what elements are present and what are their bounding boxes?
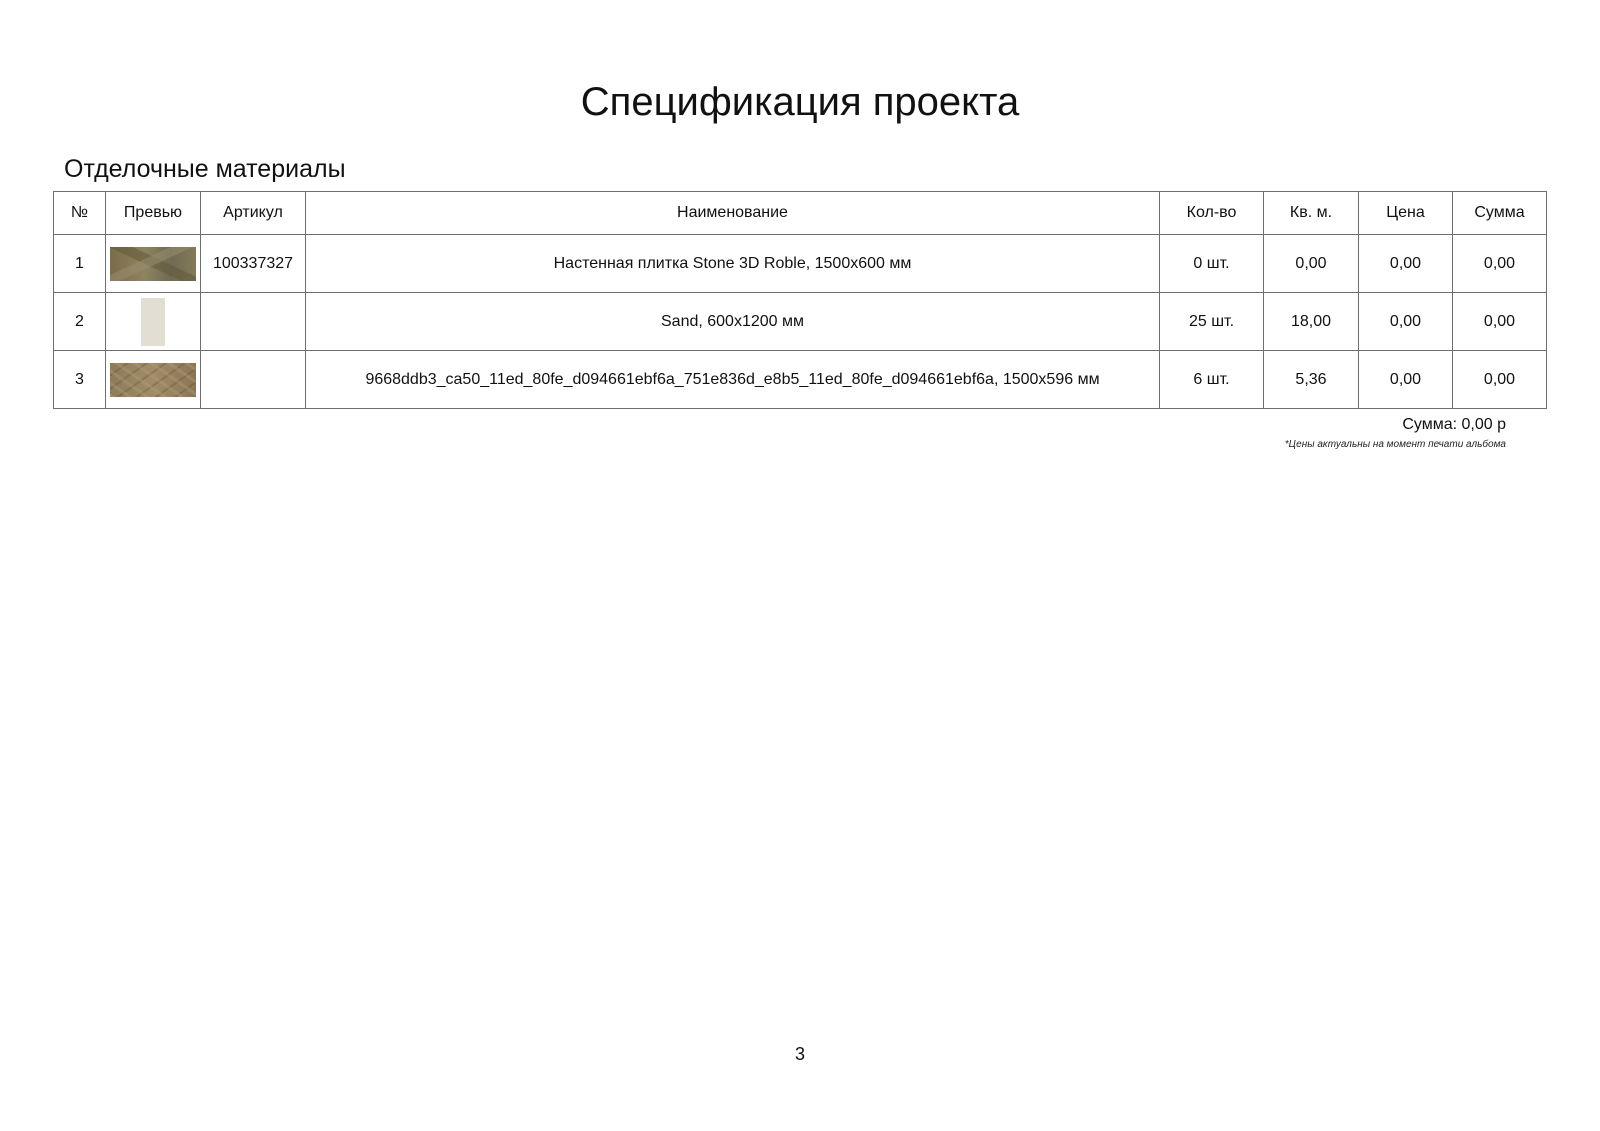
header-price: Цена (1359, 192, 1453, 235)
cell-article: 100337327 (201, 235, 306, 293)
table-row: 3 9668ddb3_ca50_11ed_80fe_d094661ebf6a_7… (54, 351, 1547, 409)
price-note: *Цены актуальны на момент печати альбома (1285, 439, 1506, 450)
cell-price: 0,00 (1359, 235, 1453, 293)
cell-price: 0,00 (1359, 351, 1453, 409)
cell-article (201, 293, 306, 351)
header-qty: Кол-во (1160, 192, 1264, 235)
cell-price: 0,00 (1359, 293, 1453, 351)
cell-sqm: 0,00 (1264, 235, 1359, 293)
total-sum: Сумма: 0,00 р (1402, 416, 1506, 434)
sand-tile-preview-image (141, 298, 165, 346)
header-preview: Превью (106, 192, 201, 235)
cell-sqm: 5,36 (1264, 351, 1359, 409)
header-article: Артикул (201, 192, 306, 235)
cell-name: Настенная плитка Stone 3D Roble, 1500x60… (306, 235, 1160, 293)
cell-name: Sand, 600x1200 мм (306, 293, 1160, 351)
cell-num: 1 (54, 235, 106, 293)
cell-qty: 0 шт. (1160, 235, 1264, 293)
cell-article (201, 351, 306, 409)
table-row: 1 100337327 Настенная плитка Stone 3D Ro… (54, 235, 1547, 293)
table-header-row: № Превью Артикул Наименование Кол-во Кв.… (54, 192, 1547, 235)
cell-num: 3 (54, 351, 106, 409)
cell-sum: 0,00 (1453, 235, 1547, 293)
table-row: 2 Sand, 600x1200 мм 25 шт. 18,00 0,00 0,… (54, 293, 1547, 351)
cell-preview (106, 235, 201, 293)
cell-qty: 6 шт. (1160, 351, 1264, 409)
cell-sqm: 18,00 (1264, 293, 1359, 351)
cell-qty: 25 шт. (1160, 293, 1264, 351)
header-sum: Сумма (1453, 192, 1547, 235)
cell-preview (106, 351, 201, 409)
herringbone-preview-image (110, 363, 196, 397)
cell-num: 2 (54, 293, 106, 351)
cell-name: 9668ddb3_ca50_11ed_80fe_d094661ebf6a_751… (306, 351, 1160, 409)
section-title: Отделочные материалы (64, 155, 346, 184)
header-num: № (54, 192, 106, 235)
header-sqm: Кв. м. (1264, 192, 1359, 235)
cell-preview (106, 293, 201, 351)
wall-tile-preview-image (110, 247, 196, 281)
cell-sum: 0,00 (1453, 351, 1547, 409)
header-name: Наименование (306, 192, 1160, 235)
specification-table: № Превью Артикул Наименование Кол-во Кв.… (53, 191, 1547, 409)
page-number: 3 (0, 1044, 1600, 1065)
cell-sum: 0,00 (1453, 293, 1547, 351)
page-title: Спецификация проекта (0, 80, 1600, 125)
